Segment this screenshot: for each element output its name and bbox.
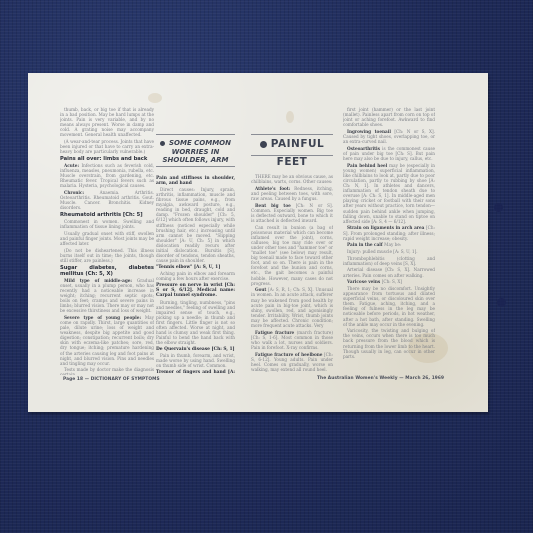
paragraph-lead: Fatigue fracture [255,330,297,335]
paragraph: Severe type of young people: May come on… [60,315,154,366]
symptom-entry: Injury: pulled muscle [A: S, U, 1]. [343,249,435,254]
paragraph: Commonest in women. Swelling and inflamm… [60,219,154,229]
symptom-entry: Bent big toe [Ch: N or S]. Common. Espec… [251,203,333,223]
paragraph-lead: Osteoarthritis [347,146,382,151]
paragraph-lead: Bent big toe [255,203,296,208]
symptom-entry: Fatigue fracture of heelbone [Ch: S, 6-1… [251,352,333,372]
section-title-shoulder-arm: SOME COMMON WORRIES IN SHOULDER, ARM [156,134,235,167]
symptom-entry: Fatigue fracture (march fracture) [Ch: S… [251,330,333,350]
symptom-entry: Ingrowing toenail [Ch: N or S, X]. Cause… [343,129,435,144]
paragraph: thumb, back, or big toe if that is alrea… [60,107,154,138]
paragraph-lead: Chronic: [64,190,100,195]
symptom-entry: Pain in the calf May be: [343,242,435,247]
paragraph: Burning, tingling, numbness, "pins and n… [156,300,235,346]
page-footer-right: The Australian Women's Weekly — March 26… [317,376,444,381]
paragraph: Pain in thumb, forearm, and wrist, made … [156,353,235,368]
symptom-entry: Osteoarthritis is the commonest cause of… [343,146,435,161]
paragraph: Tests made by doctor make the diagnosis … [60,367,154,375]
column-feet-continued: first joint (hammer) or the last joint (… [343,107,435,375]
paragraph-lead: Pain in the calf [347,242,384,247]
paragraph: Usually gradual onset with stiff, swolle… [60,231,154,246]
symptom-entry: Can result in bunion (a bag of poisonous… [251,225,333,286]
paragraph-lead: Strain on ligaments in arch area [347,225,426,230]
paragraph: Chronic: Anaemia. Arthritis. Osteoarthri… [60,190,154,210]
magazine-page: thumb, back, or big toe if that is alrea… [28,73,488,412]
paragraph: (A wear-and-tear process. Joints that ha… [60,139,154,154]
symptom-entry: first joint (hammer) or the last joint (… [343,107,435,127]
subheading: Sugar diabetes, diabetes mellitus (Ch: 5… [60,265,154,277]
symptom-entry: Varicosity, the twisting and bulging of … [343,328,435,359]
paragraph-lead: Gout [255,287,268,292]
symptom-entry: Thrombophlebitis (clotting and inflammat… [343,256,435,266]
symptom-entry: Varicose veins [Ch: S, X] [343,279,435,284]
punch-hole [494,203,503,212]
intro-paragraph: THERE may be an obvious cause, as chilbl… [251,174,333,184]
column-shoulder-arm: Pain and stiffness in shoulder, arm, and… [156,174,235,374]
symptom-entry: Arterial disease [Ch: S, X]. Narrowed ar… [343,267,435,277]
section-title-text: SOME COMMON WORRIES IN SHOULDER, ARM [163,139,232,164]
paragraph: Aching pain in elbow and forearm coming … [156,271,235,281]
paragraph-lead: Varicose veins [347,279,382,284]
symptom-entry: There may be no discomfort. Unsightly ap… [343,286,435,327]
bullet-icon [160,141,165,146]
symptom-entry: Pain behind heel may be (especially in y… [343,163,435,224]
paragraph: (Do not be disheartened. This illness bu… [60,248,154,263]
paragraph: Mild type of middle-age: Gradual onset, … [60,278,154,314]
paragraph-lead: Ingrowing toenail [347,129,394,134]
section-title-text: PAINFUL FEET [271,138,324,168]
section-title-painful-feet: PAINFUL FEET [251,134,333,156]
column-symptoms-continued: thumb, back, or big toe if that is alrea… [60,107,154,375]
paragraph: Direct causes: Injury, sprain, arthritis… [156,187,235,263]
page-footer-left: Page 18 — DICTIONARY OF SYMPTOMS [63,377,160,382]
paper-stain [148,93,162,103]
symptom-entry: Gout [A: S, R, 1; Ch: S, X]. Unusual in … [251,287,333,328]
column-painful-feet: THERE may be an obvious cause, as chilbl… [251,174,333,374]
symptom-entry: Athlete's foot: Redness, itching, and pe… [251,186,333,201]
subheading: Pains all over: limbs and back [60,156,154,162]
punch-hole [497,298,506,307]
subheading: Pain and stiffness in shoulder, arm, and… [156,176,235,186]
subheading: Tremor of fingers and hand [A: Ch] [156,370,235,374]
paragraph: Acute: Infections such as feverish cold,… [60,163,154,188]
paragraph-lead: Pain behind heel [347,163,389,168]
paragraph-lead: Mild type of middle-age: [64,278,137,283]
paragraph-lead: Severe type of young people: [64,315,145,320]
bullet-icon [260,141,267,148]
subheading: Rheumatoid arthritis [Ch: 5] [60,212,154,218]
subheading: "Tennis elbow" [A: S, U, 1] [156,265,235,270]
symptom-entry: Strain on ligaments in arch area [Ch: S]… [343,225,435,240]
paragraph-lead: Fatigue fracture of heelbone [255,352,324,357]
paragraph-lead: Athlete's foot: [255,186,294,191]
paper-stain [286,111,294,123]
paragraph-lead: Acute: [64,163,82,168]
subheading: Pressure on nerve in wrist [Ch: S or S, … [156,283,235,299]
subheading: De Quervain's disease [Ch: S, 1] [156,347,235,352]
